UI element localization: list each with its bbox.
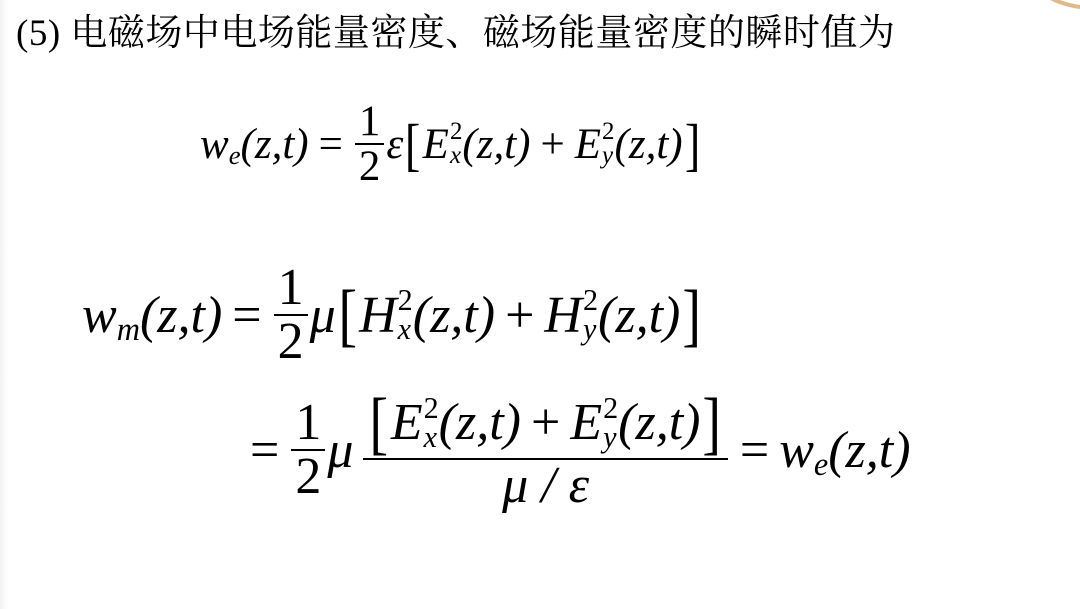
equation-continuation: = 1 2 μ [ E 2x (z,t) + E 2y (z,t) ] μ / … <box>250 388 911 512</box>
term1-symbol: E <box>423 120 449 169</box>
term2-scripts: 2y <box>602 120 614 167</box>
term2-subscript: y <box>602 144 614 168</box>
plus-sign: + <box>505 286 534 345</box>
page-edge-shadow <box>0 0 8 609</box>
fraction-denominator: μ / ε <box>498 460 593 512</box>
close-bracket: ] <box>703 388 722 458</box>
term1-subscript: x <box>424 423 439 452</box>
close-bracket: ] <box>685 111 700 178</box>
fraction-one-half: 1 2 <box>274 262 308 368</box>
coefficient-mu: μ <box>310 286 336 345</box>
open-bracket: [ <box>370 388 389 458</box>
term2-args: (z,t) <box>615 120 683 169</box>
equation-electric-energy-density: we (z,t) = 1 2 ε [ E 2x (z,t) + E 2y (z,… <box>200 100 702 188</box>
fraction-numerator: 1 <box>274 262 308 314</box>
term2-symbol: H <box>544 286 582 345</box>
term2-args: (z,t) <box>618 397 700 449</box>
lhs-symbol: w <box>82 286 117 345</box>
term1-subscript: x <box>398 315 413 344</box>
term1-superscript: 2 <box>398 286 413 315</box>
term2-superscript: 2 <box>602 120 614 144</box>
fraction-numerator: 1 <box>291 397 325 449</box>
term1-args: (z,t) <box>413 286 495 345</box>
term2-superscript: 2 <box>583 286 598 315</box>
term2-scripts: 2y <box>583 286 598 343</box>
term2-superscript: 2 <box>603 394 618 423</box>
fraction-one-half: 1 2 <box>355 100 385 188</box>
term1-superscript: 2 <box>450 120 462 144</box>
term2-symbol: E <box>570 397 602 449</box>
term2-symbol: E <box>575 120 601 169</box>
fraction-one-half: 1 2 <box>291 397 325 503</box>
term2-subscript: y <box>603 423 618 452</box>
term1-symbol: E <box>391 397 423 449</box>
term1-superscript: 2 <box>424 394 439 423</box>
lhs-subscript: e <box>229 140 241 171</box>
term1-args: (z,t) <box>462 120 530 169</box>
term1-scripts: 2x <box>424 394 439 451</box>
lhs-subscript: m <box>117 311 140 348</box>
fraction-numerator: [ E 2x (z,t) + E 2y (z,t) ] <box>363 388 727 458</box>
equals-sign: = <box>319 120 343 169</box>
equals-sign: = <box>232 286 261 345</box>
rhs-subscript: e <box>814 446 828 483</box>
plus-sign: + <box>541 120 565 169</box>
fraction-denominator: 2 <box>355 145 385 188</box>
equation-magnetic-energy-density: wm (z,t) = 1 2 μ [ H 2x (z,t) + H 2y (z,… <box>82 262 704 368</box>
section-heading: (5) 电磁场中电场能量密度、磁场能量密度的瞬时值为 <box>16 10 895 58</box>
decorative-arc <box>1020 0 1080 10</box>
fraction-denominator: 2 <box>291 451 325 503</box>
coefficient-epsilon: ε <box>386 120 403 169</box>
rhs-args: (z,t) <box>828 421 910 480</box>
term2-subscript: y <box>583 315 598 344</box>
equals-sign: = <box>250 421 279 480</box>
lhs-symbol: w <box>200 120 229 169</box>
equals-sign-2: = <box>740 421 769 480</box>
term1-scripts: 2x <box>398 286 413 343</box>
term1-symbol: H <box>359 286 397 345</box>
rhs-symbol: w <box>779 421 814 480</box>
term2-scripts: 2y <box>603 394 618 451</box>
lhs-args: (z,t) <box>140 286 222 345</box>
fraction-denominator: 2 <box>274 316 308 368</box>
term1-subscript: x <box>450 144 462 168</box>
fraction-e-field-over-impedance: [ E 2x (z,t) + E 2y (z,t) ] μ / ε <box>363 388 727 512</box>
close-bracket: ] <box>683 275 702 356</box>
term1-args: (z,t) <box>439 397 521 449</box>
fraction-numerator: 1 <box>355 100 385 143</box>
open-bracket: [ <box>338 275 357 356</box>
open-bracket: [ <box>405 111 420 178</box>
lhs-args: (z,t) <box>241 120 309 169</box>
plus-sign: + <box>531 397 560 449</box>
term1-scripts: 2x <box>450 120 462 167</box>
term2-args: (z,t) <box>598 286 680 345</box>
coefficient-mu: μ <box>327 421 353 480</box>
